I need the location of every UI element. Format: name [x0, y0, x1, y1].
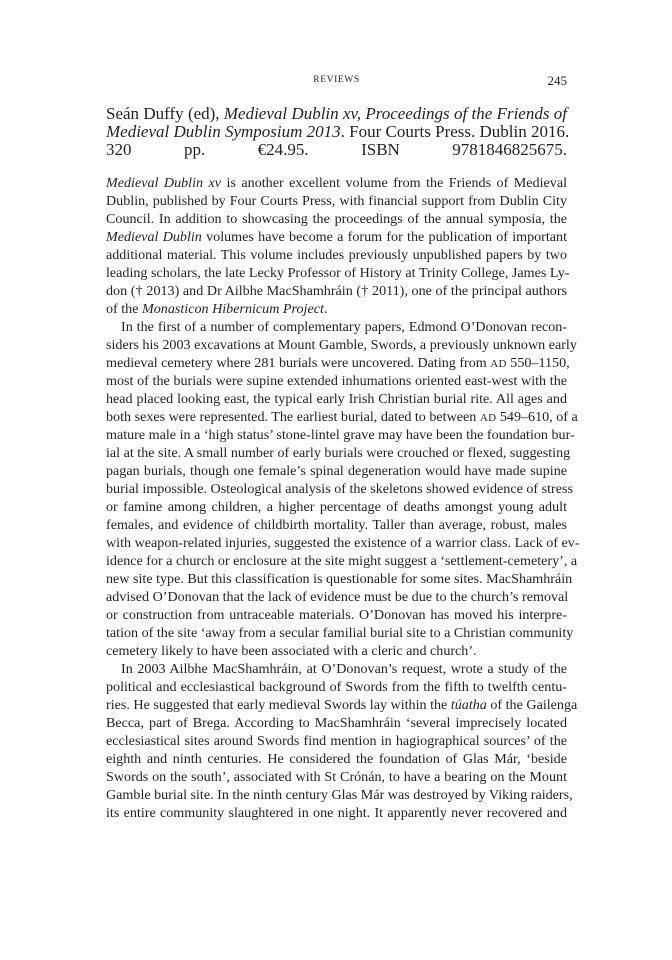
- text-span: volumes have become a forum for the publ…: [202, 229, 567, 245]
- running-head: REVIEWS 245: [106, 73, 567, 89]
- text-line: advised O’Donovan that the lack of evide…: [106, 588, 567, 606]
- italic-title: Medieval Dublin xv: [106, 175, 221, 191]
- paragraph-1: Medieval Dublin xv is another excellent …: [106, 174, 567, 318]
- citation-line-1: Seán Duffy (ed), Medieval Dublin xv, Pro…: [106, 102, 567, 120]
- running-title: REVIEWS: [106, 75, 567, 85]
- text-span: ries. He suggested that early medieval S…: [106, 697, 451, 713]
- citation-line-2: Medieval Dublin Symposium 2013. Four Cou…: [106, 120, 567, 138]
- text-line: Swords on the south’, associated with St…: [106, 768, 567, 786]
- text-line: Medieval Dublin xv is another excellent …: [106, 174, 567, 192]
- text-line: or construction from untraceable materia…: [106, 606, 567, 624]
- paragraph-2: In the first of a number of complementar…: [106, 318, 567, 660]
- text-line: siders his 2003 excavations at Mount Gam…: [106, 336, 567, 354]
- text-line: of the Monasticon Hibernicum Project.: [106, 300, 567, 318]
- text-span: of the: [106, 301, 142, 317]
- text-line: eighth and ninth centuries. He considere…: [106, 750, 567, 768]
- small-caps-era: AD: [490, 358, 506, 370]
- text-span: 550–1150,: [507, 355, 570, 371]
- text-line: idence for a church or enclosure at the …: [106, 552, 567, 570]
- text-line: pagan burials, though one female’s spina…: [106, 462, 567, 480]
- text-line: with weapon-related injuries, suggested …: [106, 534, 567, 552]
- italic-title: Medieval Dublin: [106, 229, 202, 245]
- text-line: Medieval Dublin volumes have become a fo…: [106, 228, 567, 246]
- text-line: medieval cemetery where 281 burials were…: [106, 354, 567, 372]
- text-line: mature male in a ‘high status’ stone-lin…: [106, 426, 567, 444]
- text-span: both sexes were represented. The earlies…: [106, 409, 480, 425]
- text-span: of the Gailenga: [487, 697, 577, 713]
- text-line: head placed looking east, the typical ea…: [106, 390, 567, 408]
- text-line: leading scholars, the late Lecky Profess…: [106, 264, 567, 282]
- paragraph-3: In 2003 Ailbhe MacShamhráin, at O’Donova…: [106, 660, 567, 822]
- text-line: ial at the site. A small number of early…: [106, 444, 567, 462]
- text-line: In 2003 Ailbhe MacShamhráin, at O’Donova…: [106, 660, 567, 678]
- text-line: tation of the site ‘away from a secular …: [106, 624, 567, 642]
- italic-term: túatha: [451, 697, 487, 713]
- text-line: its entire community slaughtered in one …: [106, 804, 567, 822]
- text-span: 549–610, of a: [496, 409, 577, 425]
- text-line: both sexes were represented. The earlies…: [106, 408, 567, 426]
- text-line: Gamble burial site. In the ninth century…: [106, 786, 567, 804]
- review-body: Medieval Dublin xv is another excellent …: [106, 174, 567, 822]
- text-line: Becca, part of Brega. According to MacSh…: [106, 714, 567, 732]
- review-citation: Seán Duffy (ed), Medieval Dublin xv, Pro…: [106, 102, 567, 156]
- citation-line-3: 320 pp. €24.95. ISBN 9781846825675.: [106, 138, 567, 156]
- text-line: new site type. But this classification i…: [106, 570, 567, 588]
- text-line: additional material. This volume include…: [106, 246, 567, 264]
- text-line: ries. He suggested that early medieval S…: [106, 696, 567, 714]
- text-line: In the first of a number of complementar…: [106, 318, 567, 336]
- text-line: Dublin, published by Four Courts Press, …: [106, 192, 567, 210]
- small-caps-era: AD: [480, 412, 496, 424]
- text-line: political and ecclesiastical background …: [106, 678, 567, 696]
- text-span: medieval cemetery where 281 burials were…: [106, 355, 490, 371]
- italic-title: Monasticon Hibernicum Project: [142, 301, 324, 317]
- text-line: most of the burials were supine extended…: [106, 372, 567, 390]
- text-span: .: [324, 301, 328, 317]
- citation-details: 320 pp. €24.95. ISBN 9781846825675.: [106, 140, 567, 159]
- text-line: females, and evidence of childbirth mort…: [106, 516, 567, 534]
- text-line: or famine among children, a higher perce…: [106, 498, 567, 516]
- text-line: ecclesiastical sites around Swords find …: [106, 732, 567, 750]
- text-line: don († 2013) and Dr Ailbhe MacShamhráin …: [106, 282, 567, 300]
- text-span: is another excellent volume from the Fri…: [221, 175, 567, 191]
- text-line: cemetery likely to have been associated …: [106, 642, 567, 660]
- text-line: Council. In addition to showcasing the p…: [106, 210, 567, 228]
- text-line: burial impossible. Osteological analysis…: [106, 480, 567, 498]
- page-number: 245: [548, 73, 568, 89]
